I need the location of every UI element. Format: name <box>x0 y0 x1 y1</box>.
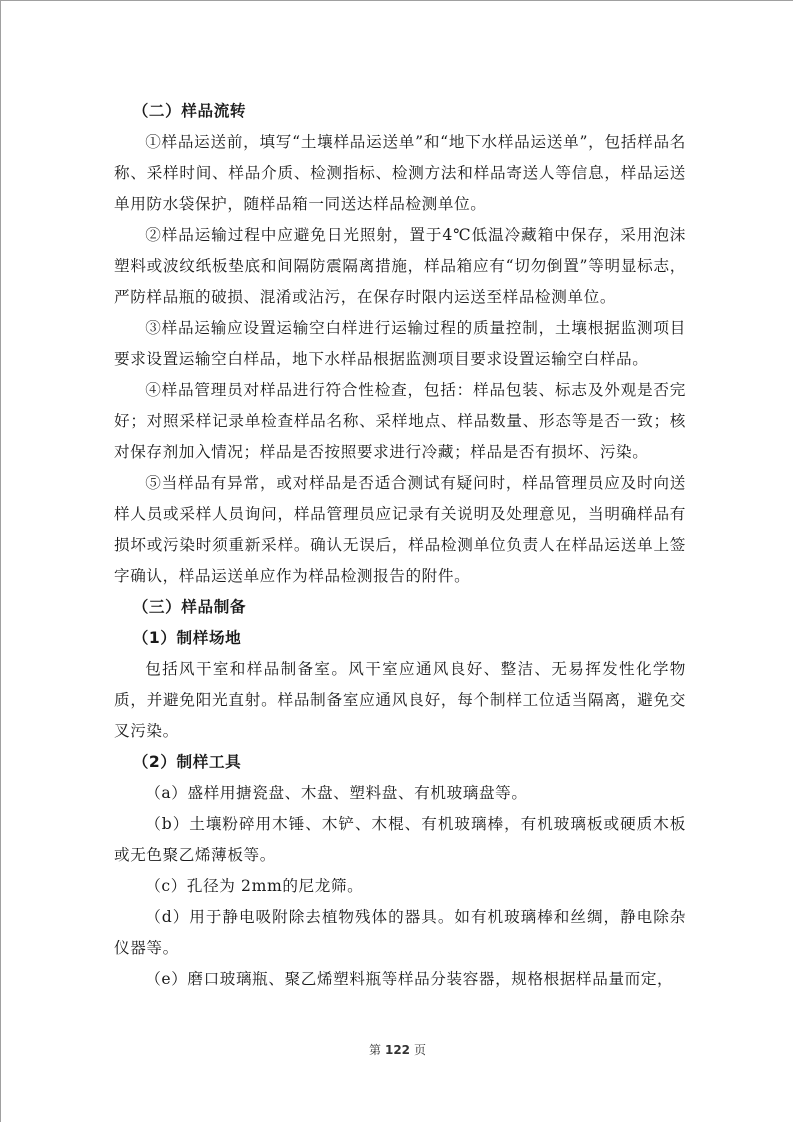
subheading-prep-tools: （2）制样工具 <box>114 747 686 778</box>
paragraph-prep-site: 包括风干室和样品制备室。风干室应通风良好、整洁、无易挥发性化学物质，并避免阳光直… <box>114 654 686 747</box>
paragraph-transport-conditions: ②样品运输过程中应避免日光照射，置于4℃低温冷藏箱中保存，采用泡沫塑料或波纹纸板… <box>114 220 686 313</box>
list-item-tool-b: （b）土壤粉碎用木锤、木铲、木棍、有机玻璃棒，有机玻璃板或硬质木板或无色聚乙烯薄… <box>114 809 686 871</box>
subheading-prep-site: （1）制样场地 <box>114 623 686 654</box>
paragraph-transport-blank: ③样品运输应设置运输空白样进行运输过程的质量控制，土壤根据监测项目要求设置运输空… <box>114 313 686 375</box>
page-footer: 第122页 <box>1 1041 793 1058</box>
paragraph-anomaly-handling: ⑤当样品有异常，或对样品是否适合测试有疑问时，样品管理员应及时向送样人员或采样人… <box>114 468 686 592</box>
list-item-tool-c: （c）孔径为 2mm的尼龙筛。 <box>114 871 686 902</box>
paragraph-transport-form: ①样品运送前，填写“土壤样品运送单”和“地下水样品运送单”，包括样品名称、采样时… <box>114 127 686 220</box>
footer-prefix: 第 <box>369 1043 381 1057</box>
paragraph-conformity-check: ④样品管理员对样品进行符合性检查，包括：样品包装、标志及外观是否完好；对照采样记… <box>114 375 686 468</box>
document-page: （二）样品流转 ①样品运送前，填写“土壤样品运送单”和“地下水样品运送单”，包括… <box>0 0 793 1122</box>
list-item-tool-d: （d）用于静电吸附除去植物残体的器具。如有机玻璃棒和丝绸，静电除杂仪器等。 <box>114 902 686 964</box>
page-number: 122 <box>385 1043 410 1057</box>
list-item-tool-e: （e）磨口玻璃瓶、聚乙烯塑料瓶等样品分装容器，规格根据样品量而定， <box>114 964 686 995</box>
list-item-tool-a: （a）盛样用搪瓷盘、木盘、塑料盘、有机玻璃盘等。 <box>114 778 686 809</box>
page-body: （二）样品流转 ①样品运送前，填写“土壤样品运送单”和“地下水样品运送单”，包括… <box>114 96 686 995</box>
footer-suffix: 页 <box>414 1043 426 1057</box>
section-heading-sample-preparation: （三）样品制备 <box>114 592 686 623</box>
section-heading-sample-circulation: （二）样品流转 <box>114 96 686 127</box>
